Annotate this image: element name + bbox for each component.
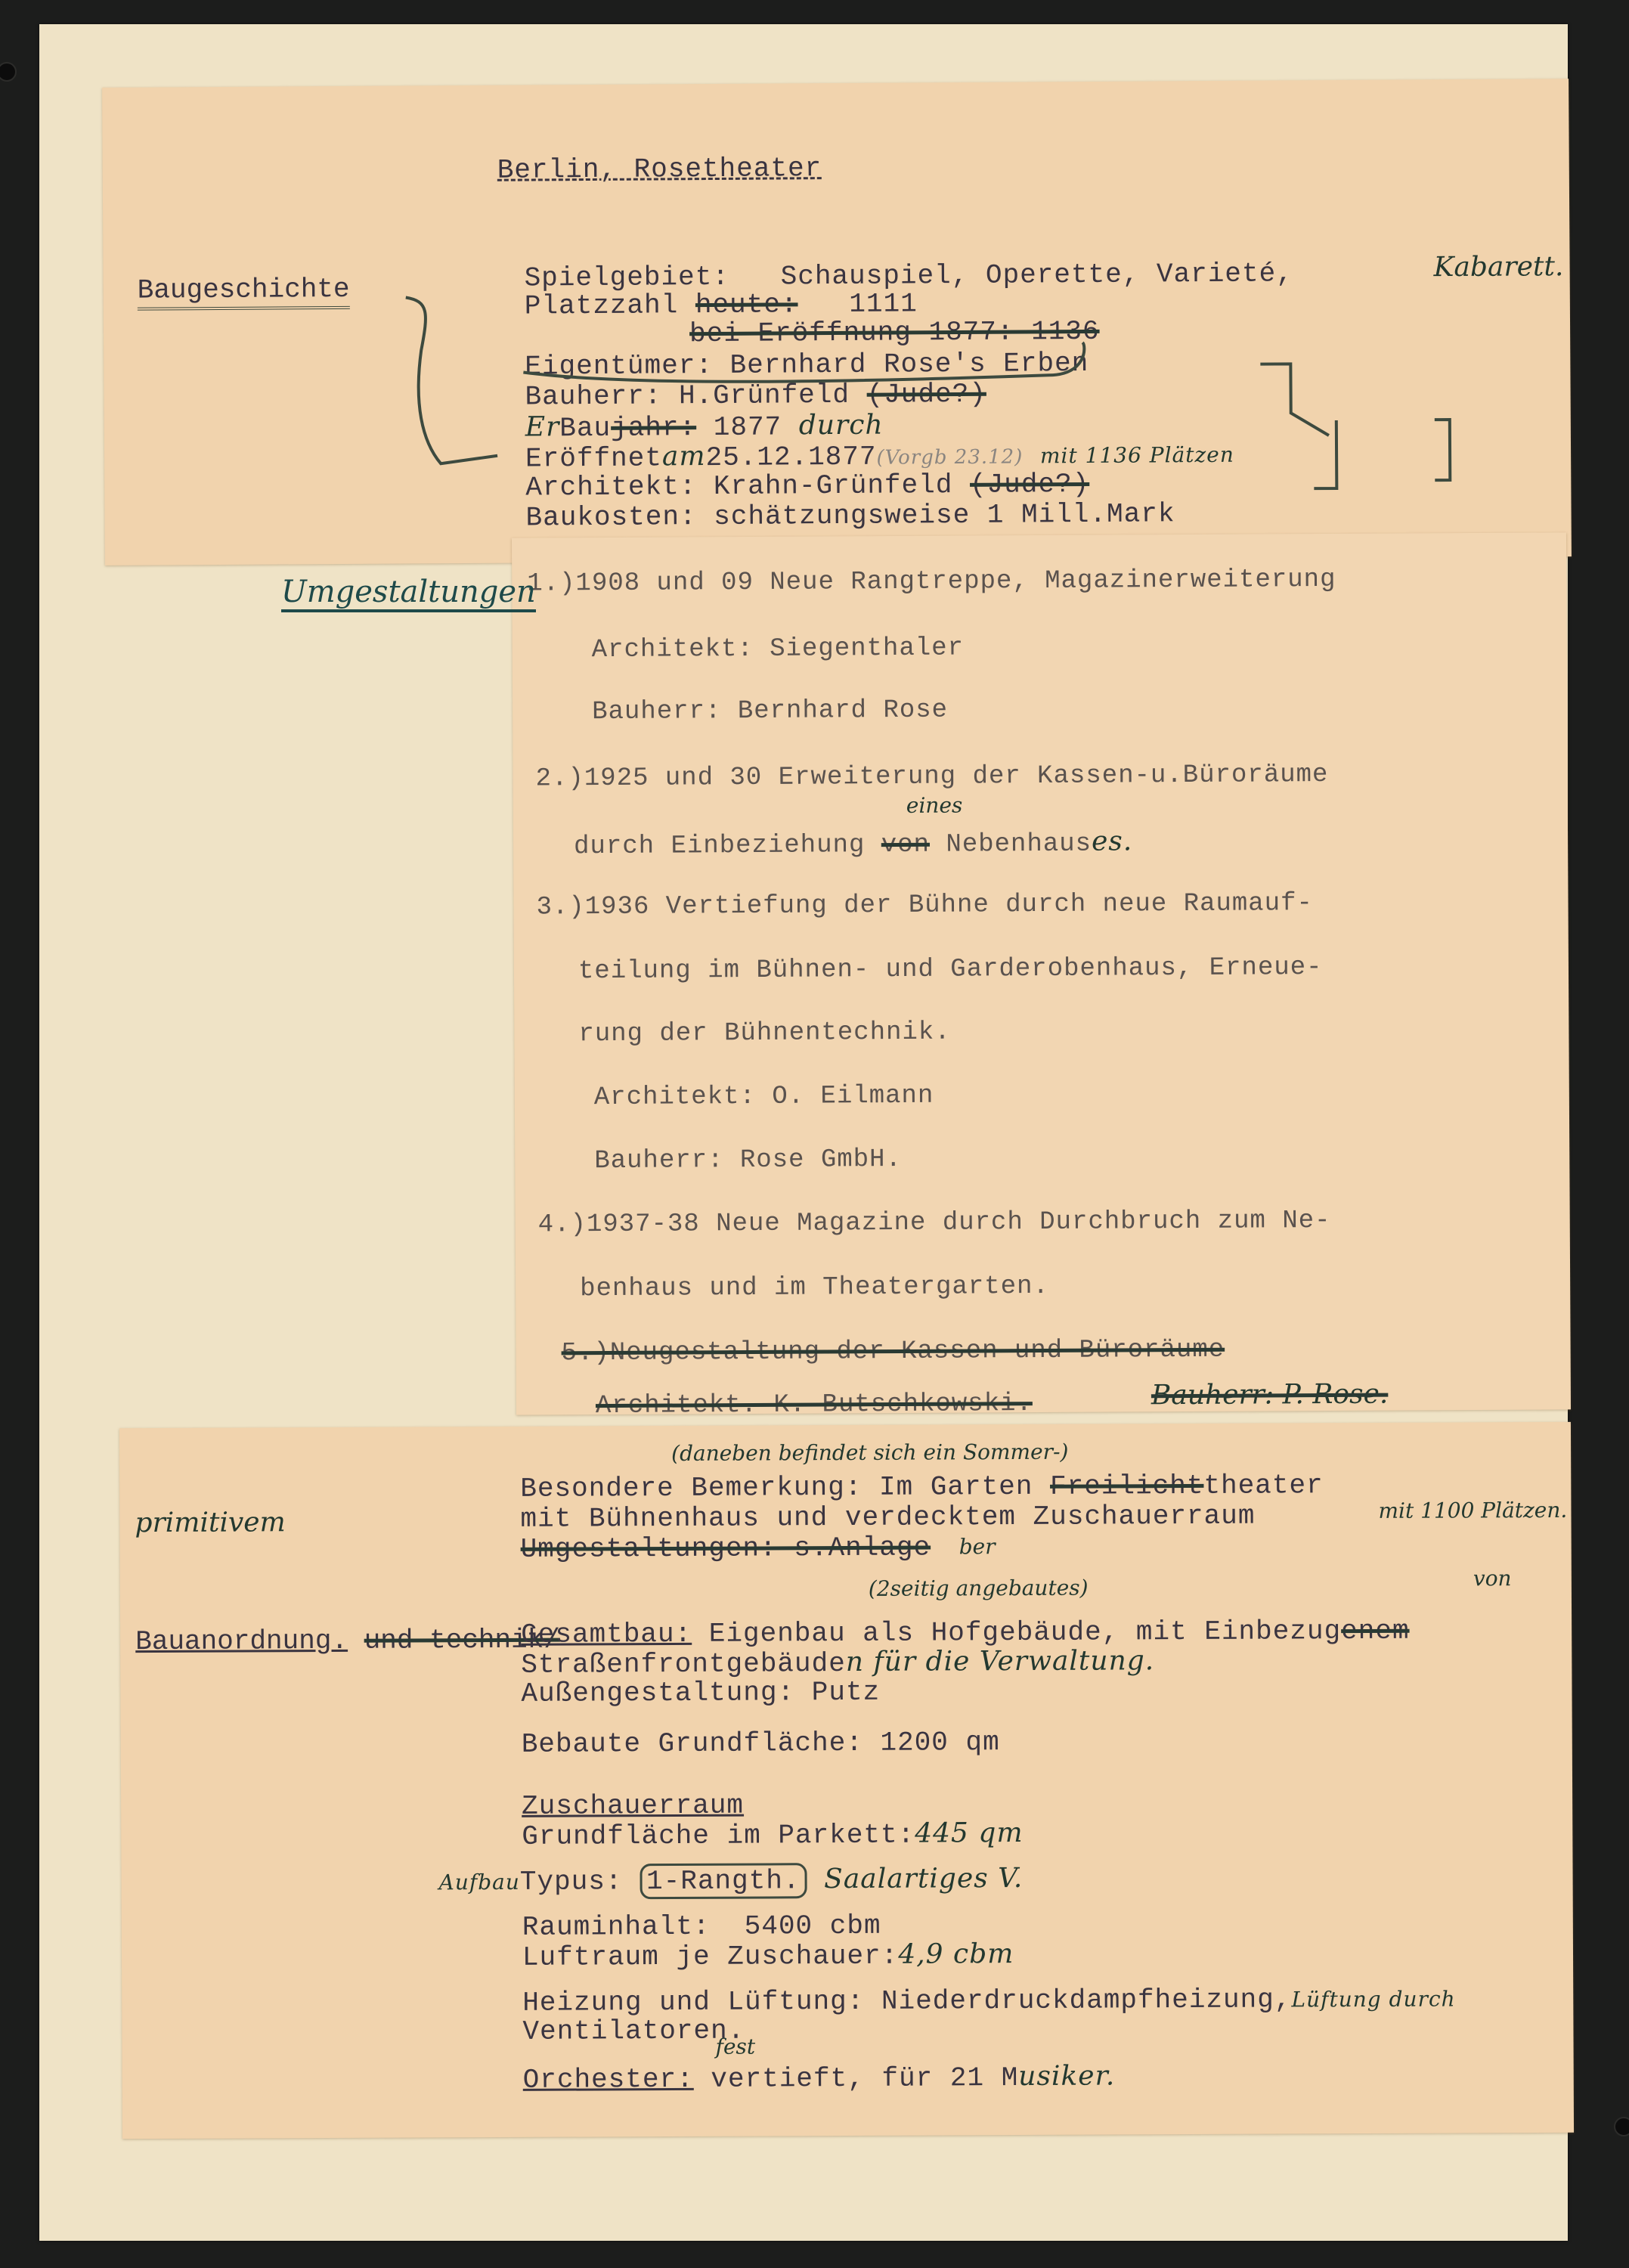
gesamtbau-insert-above: (2seitig angebautes) — [869, 1576, 1089, 1601]
bebaute-grundflaeche-line: Bebaute Grundfläche: 1200 qm — [522, 1727, 1000, 1760]
umgestaltung-item-5-architekt-struck: Architekt. K. Butschkowski. — [596, 1390, 1033, 1421]
gesamtbau-insert-von: von — [1473, 1566, 1512, 1591]
umgestaltung-item-3-bauherr: Bauherr: Rose GmbH. — [594, 1145, 902, 1176]
insert-eines: eines — [906, 793, 963, 818]
gesamtbau-line: Gesamtbau: Eigenbau als Hofgebäude, mit … — [521, 1616, 1410, 1650]
aussengestaltung-line: Außengestaltung: Putz — [521, 1677, 880, 1709]
slip-umgestaltungen: 1.)1908 und 09 Neue Rangtreppe, Magazine… — [512, 532, 1571, 1414]
umgestaltung-item-5-struck: 5.)Neugestaltung der Kassen-und Büroräum… — [562, 1336, 1225, 1368]
luftraum-line: Luftraum je Zuschauer:4,9 cbm — [522, 1938, 1014, 1973]
bemerkung-insert-ber: ber — [959, 1534, 996, 1559]
section-label-umgestaltungen: Umgestaltungen — [281, 575, 536, 612]
umgestaltung-item-5-bauherr-struck: Bauherr: P. Rose. — [1151, 1379, 1389, 1411]
heizung-line-2: Ventilatoren. — [522, 2015, 745, 2047]
typus-line: AufbauTypus: 1-Rangth. Saalartiges V. — [438, 1863, 1023, 1898]
bemerkung-seats: mit 1100 Plätzen. — [1378, 1498, 1567, 1523]
editorial-arrows-icon — [102, 79, 1572, 565]
grundflaeche-parkett-line: Grundfläche im Parkett:445 qm — [522, 1817, 1023, 1852]
binder-hole — [0, 62, 17, 82]
umgestaltung-item-1-architekt: Architekt: Siegenthaler — [592, 634, 964, 665]
heizung-line: Heizung und Lüftung: Niederdruckdampfhei… — [522, 1983, 1456, 2018]
bemerkung-line-2: mit Bühnenhaus und verdecktem Zuschauerr… — [520, 1501, 1255, 1535]
umgestaltung-item-2-cont: durch Einbeziehung von Nebenhauses. — [574, 826, 1132, 861]
umgestaltung-item-3-cont: teilung im Bühnen- und Garderobenhaus, E… — [578, 953, 1323, 986]
umgestaltung-item-3: 3.)1936 Vertiefung der Bühne durch neue … — [536, 889, 1313, 922]
binder-hole — [1614, 2117, 1629, 2136]
bemerkung-line-1: Besondere Bemerkung: Im Garten Freilicht… — [520, 1470, 1324, 1504]
umgestaltung-item-4: 4.)1937-38 Neue Magazine durch Durchbruc… — [538, 1207, 1331, 1239]
bemerkung-margin-insert: primitivem — [135, 1507, 285, 1538]
section-label-bauanordnung: Bauanordnung. und technik/ — [135, 1625, 560, 1657]
bemerkung-insert-above: (daneben befindet sich ein Sommer-) — [671, 1439, 1068, 1466]
umgestaltung-item-3-cont2: rung der Bühnentechnik. — [578, 1018, 950, 1049]
umgestaltung-item-1-bauherr: Bauherr: Bernhard Rose — [592, 696, 948, 727]
orchester-line: Orchester: vertieft, für 21 Musiker. — [523, 2060, 1116, 2095]
orchester-insert-fest: fest — [715, 2034, 755, 2059]
umgestaltung-item-3-architekt: Architekt: O. Eilmann — [594, 1082, 934, 1112]
rauminhalt-line: Rauminhalt: 5400 cbm — [522, 1910, 881, 1943]
zuschauerraum-heading: Zuschauerraum — [522, 1790, 744, 1822]
slip-bauanordnung: (daneben befindet sich ein Sommer-) Beso… — [119, 1422, 1574, 2139]
umgestaltung-item-2: 2.)1925 und 30 Erweiterung der Kassen-u.… — [536, 761, 1329, 793]
umgestaltung-item-4-cont: benhaus und im Theatergarten. — [580, 1272, 1049, 1303]
strassenfront-line: Straßenfrontgebäuden für die Verwaltung. — [521, 1645, 1154, 1681]
slip-baugeschichte: Berlin, Rosetheater Baugeschichte Spielg… — [102, 79, 1572, 565]
umgestaltung-item-1: 1.)1908 und 09 Neue Rangtreppe, Magazine… — [527, 565, 1336, 599]
bemerkung-line-3-struck: Umgestaltungen: s.Anlage — [521, 1532, 931, 1565]
